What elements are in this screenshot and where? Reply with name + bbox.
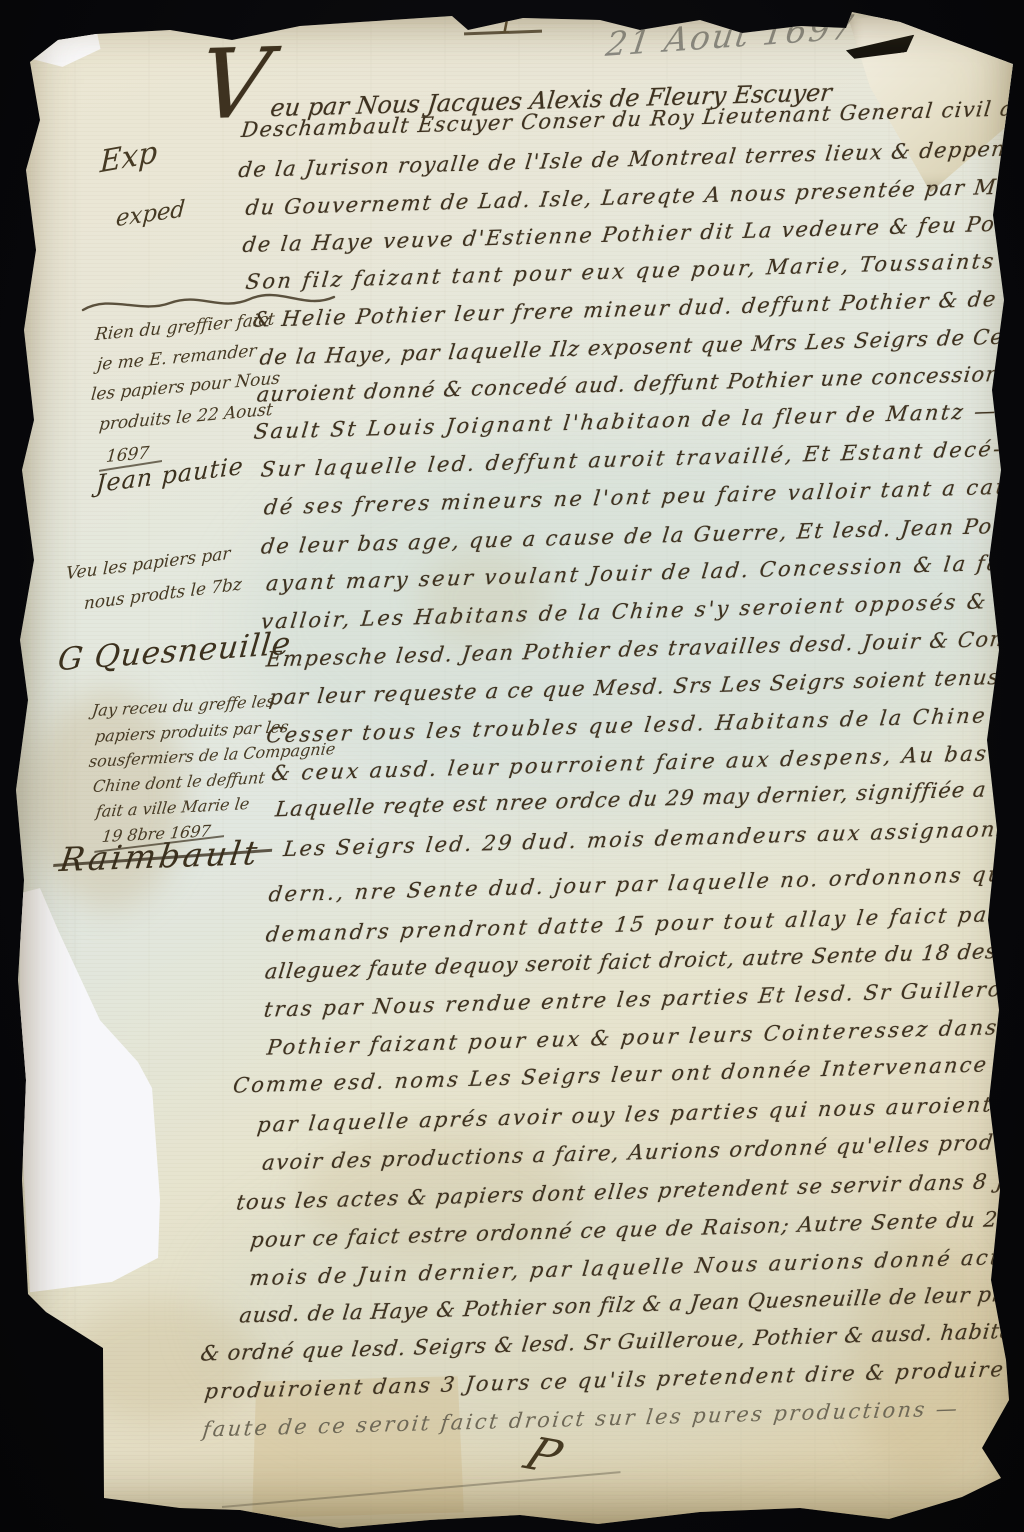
greffier-note-line-2: je me E. remander [96,343,257,374]
greffier-note-line-3: les papiers pour Nous [90,370,280,404]
margin-note-exp: Exp [99,138,157,179]
receipt-note-line-5: fait a ville Marie le [95,796,250,820]
receipt-note-line-1: Jay receu du greffe les [91,693,275,719]
greffier-note-line-4: produits le 22 Aoust [98,402,273,434]
margin-note-exped: exped [115,198,186,231]
margin-flourish-squiggle [80,290,340,318]
veu-note-line-1: Veu les papiers par [66,546,231,583]
photo-background: { "header": { "page_number": "1", "date_… [0,0,1024,1532]
veu-note-line-2: nous prodts le 7bz [84,577,243,614]
margin-notes-layer: Exp exped Jean pautie G Quesneuille Raim… [0,0,1024,1532]
margin-signature-quesneuille: G Quesneuille [56,629,292,677]
manuscript-paper: 1 21 Aout 1697 Veu par Nous Jacques Alex… [0,0,1024,1532]
receipt-note-line-4: Chine dont le deffunt [92,770,266,795]
receipt-note-line-3: sousfermiers de la Compagnie [88,741,336,770]
greffier-note-line-5: 1697 [105,445,150,466]
receipt-note-line-2: papiers produits par les [94,719,289,745]
